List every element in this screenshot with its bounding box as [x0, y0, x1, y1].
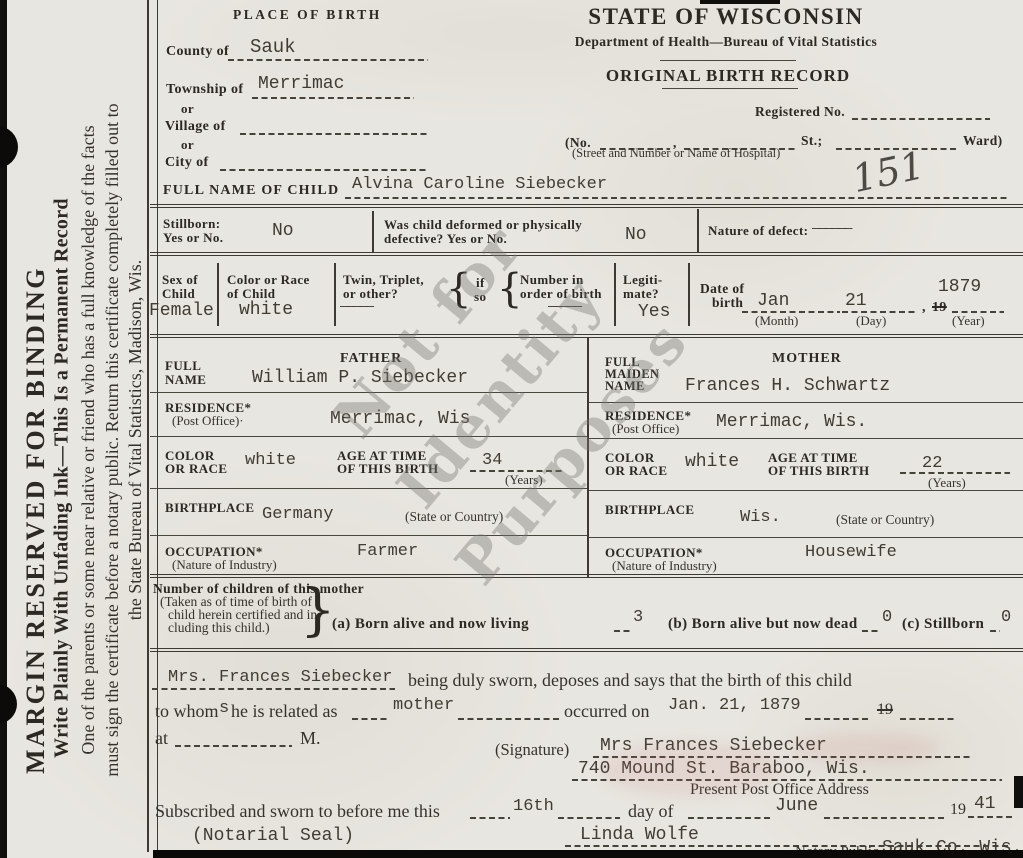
born-alive-living-label: (a) Born alive and now living	[332, 616, 529, 633]
sworn-year-prefix: 19	[950, 801, 966, 819]
margin-instructions: One of the parents or some near relative…	[77, 103, 148, 776]
father-age-label-2: OF THIS BIRTH	[337, 461, 439, 477]
section-rule-5	[150, 648, 1023, 652]
right-edge-scan-tab	[1014, 776, 1023, 808]
full-name-blank	[345, 197, 1010, 199]
parents-column-divider	[587, 338, 589, 578]
father-residence-value: Merrimac, Wis	[330, 409, 470, 429]
father-birthplace-caption: (State or Country)	[405, 509, 503, 525]
deponent-name-blank	[152, 688, 395, 690]
sex-divider-3	[614, 263, 616, 326]
stillborn-count-value: 0	[1001, 608, 1011, 627]
year-caption: (Year)	[952, 313, 985, 329]
born-alive-dead-label: (b) Born alive but now dead	[668, 616, 858, 633]
if-so-label-2: so	[474, 289, 486, 305]
deformed-value: No	[625, 225, 647, 245]
day-caption: (Day)	[856, 313, 886, 329]
relation-prefix: to whom	[155, 701, 219, 722]
father-race-rule	[150, 488, 587, 489]
father-race-value: white	[245, 451, 296, 470]
father-name-label-2: NAME	[165, 372, 206, 388]
legitimate-label-2: mate?	[623, 286, 659, 302]
village-blank	[240, 133, 428, 135]
full-name-label: FULL NAME OF CHILD	[163, 183, 339, 199]
mother-occupation-value: Housewife	[805, 543, 897, 562]
mother-age-value: 22	[922, 454, 942, 473]
mother-birthplace-label: BIRTHPLACE	[605, 502, 695, 518]
county-label: County of	[166, 44, 229, 60]
father-section-title: FATHER	[340, 351, 402, 367]
day-of-label: day of	[628, 801, 673, 822]
stillborn-divider-1	[372, 211, 374, 253]
relation-suffix: he is related as	[231, 701, 337, 722]
form-left-rule-outer	[147, 0, 149, 852]
twin-value: —————	[340, 299, 372, 315]
address-caption: (Street and Number or Name of Hospital)	[572, 146, 780, 161]
registered-no-label: Registered No.	[755, 104, 845, 120]
place-of-birth-title: PLACE OF BIRTH	[233, 7, 382, 23]
birth-month-value: Jan	[757, 291, 789, 311]
stillborn-label-2: Yes or No.	[163, 230, 223, 246]
mother-residence-value: Merrimac, Wis.	[716, 412, 867, 432]
stamp-bleed-1	[600, 742, 780, 797]
margin-instruction-line1: One of the parents or some near relative…	[77, 103, 101, 776]
year-prefix-printed: 19	[932, 300, 947, 316]
mother-section-title: MOTHER	[772, 351, 842, 367]
year-comma: ,	[922, 300, 926, 316]
father-name-rule	[150, 392, 587, 393]
relation-blank-1	[352, 718, 390, 720]
city-blank	[220, 169, 428, 171]
relation-value: mother	[393, 696, 454, 715]
race-value: white	[239, 300, 293, 320]
registered-no-blank	[852, 118, 990, 120]
defect-label: Nature of defect:	[708, 223, 808, 239]
subscribed-blank-2	[558, 817, 620, 819]
sworn-clause: being duly sworn, deposes and says that …	[408, 670, 852, 691]
county-value: Sauk	[250, 36, 296, 58]
subscribed-blank-3	[688, 817, 770, 819]
occurred-blank	[805, 718, 870, 720]
stillborn-divider-2	[697, 209, 699, 253]
punch-hole-bottom	[0, 684, 17, 724]
mother-name-rule	[589, 402, 1023, 403]
or-label-1: or	[181, 101, 194, 117]
defect-value: ——————	[812, 221, 850, 237]
mother-birthplace-rule	[589, 537, 1023, 538]
mother-age-blank	[900, 472, 1010, 474]
father-age-value: 34	[482, 451, 502, 470]
sex-divider-2	[334, 263, 336, 326]
father-race-label-2: OR RACE	[165, 461, 227, 477]
address-ward-label: Ward)	[963, 133, 1003, 149]
scan-artifact-top	[700, 0, 780, 4]
father-occupation-caption: (Nature of Industry)	[172, 557, 277, 573]
mother-birthplace-caption: (State or Country)	[836, 512, 934, 528]
margin-binding-note: MARGIN RESERVED FOR BINDING	[21, 266, 51, 774]
mother-race-value: white	[685, 452, 739, 472]
mother-residence-caption: (Post Office)	[612, 421, 679, 437]
subscribed-blank-4	[824, 817, 944, 819]
record-title-rule-bottom	[662, 88, 798, 89]
occurred-value: Jan. 21, 1879	[668, 696, 801, 715]
section-rule-2	[150, 252, 1023, 256]
mother-name-label-3: NAME	[605, 379, 645, 394]
signature-label: (Signature)	[495, 740, 569, 760]
occurred-label: occurred on	[564, 701, 649, 722]
deformed-label-2: defective? Yes or No.	[384, 231, 507, 247]
or-label-2: or	[181, 137, 194, 153]
father-birthplace-value: Germany	[262, 505, 333, 524]
father-residence-caption: (Post Office)·	[172, 413, 244, 429]
father-name-value: William P. Siebecker	[252, 368, 468, 388]
at-label: at	[155, 728, 168, 749]
mother-age-caption: (Years)	[928, 475, 966, 491]
born-alive-dead-blank	[862, 630, 880, 632]
township-value: Merrimac	[258, 74, 344, 94]
sworn-month-value: June	[775, 796, 818, 816]
sex-divider-4	[688, 263, 690, 326]
mother-race-label-2: OR RACE	[605, 463, 667, 479]
if-so-brace-left: {	[446, 266, 471, 312]
record-title: ORIGINAL BIRTH RECORD	[606, 66, 850, 86]
margin-instruction-line3: the State Bureau of Vital Statistics, Ma…	[124, 103, 148, 776]
sex-divider-1	[217, 263, 219, 326]
section-rule-1	[150, 204, 1023, 208]
birth-year-value: 1879	[938, 277, 981, 297]
born-alive-living-value: 3	[633, 608, 643, 627]
stillborn-count-blank	[990, 630, 1000, 632]
children-count-sub-3: cluding this child.)	[168, 620, 270, 636]
struck-year-prefix: 19	[877, 701, 893, 719]
bottom-scan-bar	[153, 850, 1023, 858]
relation-typed-s: s	[219, 699, 229, 718]
punch-hole-top	[0, 126, 18, 168]
date-of-birth-label-2: birth	[712, 295, 743, 311]
stillborn-count-label: (c) Stillborn	[902, 616, 984, 633]
legitimate-value: Yes	[638, 302, 670, 322]
father-residence-rule	[150, 436, 587, 437]
sworn-day-value: 16th	[513, 797, 554, 816]
father-occupation-value: Farmer	[357, 542, 418, 561]
scanned-birth-record-page: MARGIN RESERVED FOR BINDING Write Plainl…	[0, 0, 1023, 858]
mother-name-value: Frances H. Schwartz	[685, 376, 890, 396]
section-rule-4	[150, 574, 1023, 578]
subscribed-blank-1	[470, 817, 510, 819]
father-birthplace-rule	[150, 535, 587, 536]
village-label: Village of	[165, 119, 226, 135]
if-so-brace-right: {	[497, 266, 522, 312]
department-line: Department of Health—Bureau of Vital Sta…	[575, 34, 877, 50]
mother-race-rule	[589, 490, 1023, 491]
address-st-label: St.;	[801, 133, 822, 149]
sworn-year-blank	[968, 816, 1012, 818]
meridiem-label: M.	[300, 728, 321, 749]
township-blank	[252, 97, 414, 99]
stamp-bleed-2	[790, 733, 940, 763]
father-birthplace-label: BIRTHPLACE	[165, 500, 255, 516]
deponent-name-value: Mrs. Frances Siebecker	[168, 668, 392, 687]
stillborn-value: No	[272, 221, 294, 241]
sworn-year-value: 41	[974, 794, 996, 814]
time-blank	[175, 745, 292, 747]
mother-residence-rule	[589, 438, 1023, 439]
born-alive-living-blank	[614, 630, 632, 632]
birth-day-value: 21	[845, 291, 867, 311]
mother-occupation-caption: (Nature of Industry)	[612, 558, 717, 574]
mother-birthplace-value: Wis.	[740, 508, 781, 527]
month-caption: (Month)	[755, 313, 798, 329]
notary-signature-value: Linda Wolfe	[580, 825, 699, 845]
city-label: City of	[165, 155, 209, 171]
registry-number-handwritten: 151	[848, 143, 928, 201]
notarial-seal-note: (Notarial Seal)	[192, 826, 354, 846]
state-title: STATE OF WISCONSIN	[588, 4, 863, 30]
form-left-rule-inner	[157, 0, 159, 852]
margin-permanent-note: Write Plainly With Unfading Ink—This Is …	[51, 198, 74, 758]
margin-instruction-line2: must sign the certificate before a notar…	[100, 103, 124, 776]
children-count-brace: }	[300, 578, 336, 643]
sex-label-2: Child	[162, 286, 195, 302]
order-value: —————	[548, 299, 580, 315]
relation-blank-2	[458, 718, 560, 720]
township-label: Township of	[166, 82, 243, 98]
full-name-value: Alvina Caroline Siebecker	[352, 175, 607, 194]
mother-age-label-2: OF THIS BIRTH	[768, 463, 870, 479]
year-line-blank	[900, 718, 955, 720]
father-age-caption: (Years)	[505, 472, 543, 488]
born-alive-dead-value: 0	[882, 608, 892, 627]
sex-value: Female	[149, 301, 214, 321]
record-title-rule-top	[660, 60, 796, 61]
subscribed-clause: Subscribed and sworn to before me this	[155, 801, 440, 822]
county-blank	[228, 59, 428, 61]
